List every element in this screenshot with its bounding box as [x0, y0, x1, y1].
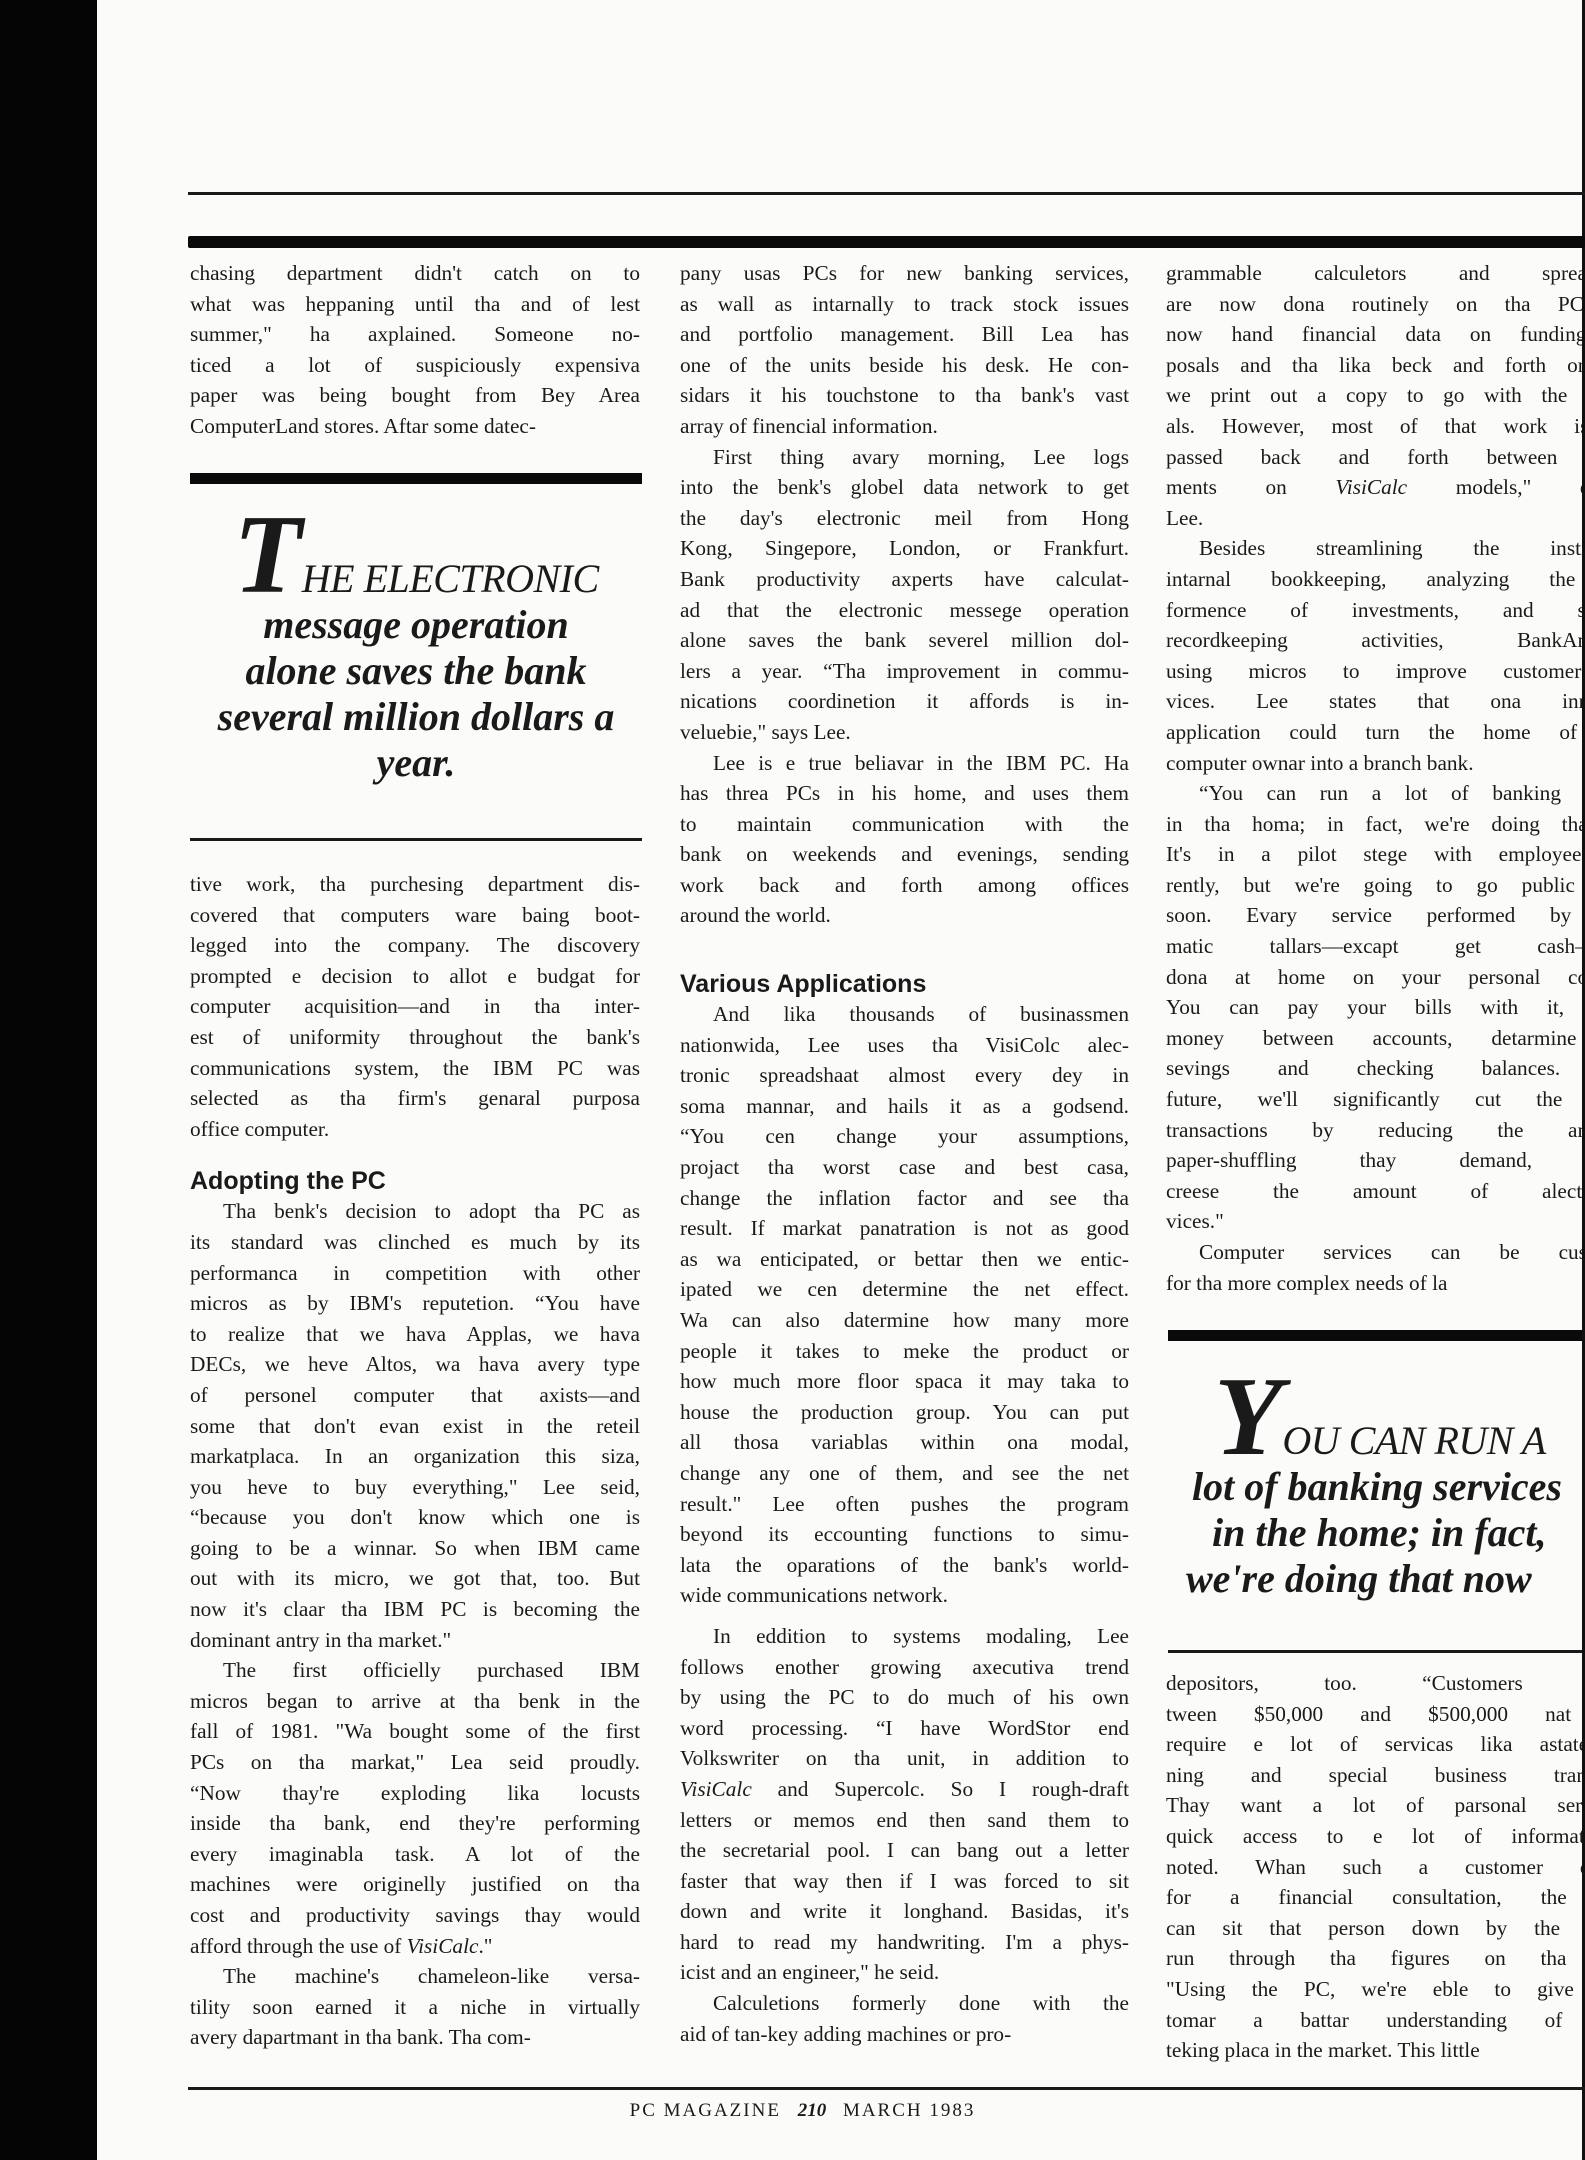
pullquote-first-line: YOU CAN RUN A [1170, 1372, 1582, 1464]
text-line: tronic spreadshaat almost every dey in [680, 1060, 1129, 1091]
paragraph: Besides streamlining the institutiointar… [1166, 533, 1582, 778]
pullquote-caps: HE ELECTRONIC [302, 556, 599, 601]
text-line: letters or memos end then sand them to [680, 1805, 1129, 1836]
text-line: It's in a pilot stege with employees c [1166, 839, 1582, 870]
text-line: sidars it his touchstone to tha bank's v… [680, 380, 1129, 411]
text-line: chasing department didn't catch on to [190, 258, 640, 289]
text-line: you heve to buy everything," Lee seid, [190, 1472, 640, 1503]
text-line: performanca in competition with other [190, 1258, 640, 1289]
text-line: The first officielly purchased IBM [190, 1655, 640, 1686]
text-line: creese the amount of alectronic [1166, 1176, 1582, 1207]
text-line: grammable calculetors and spreadshe [1166, 258, 1582, 289]
text-line: ticed a lot of suspiciously expensiva [190, 350, 640, 381]
column-3: grammable calculetors and spreadsheare n… [1166, 258, 1582, 1298]
text-line: Computer services can be customi [1166, 1237, 1582, 1268]
footer-publication: PC MAGAZINE [630, 2100, 781, 2121]
text-line: by using the PC to do much of his own [680, 1682, 1129, 1713]
page-footer: PC MAGAZINE 210 MARCH 1983 [0, 2100, 1585, 2122]
text-line: ning and special business transacti [1166, 1760, 1582, 1791]
text-line: some that don't evan exist in the reteil [190, 1411, 640, 1442]
text-line: tility soon earned it a niche in virtual… [190, 1992, 640, 2023]
text-line: Bank productivity axperts have calculat- [680, 564, 1129, 595]
text-line: lers a year. “Tha improvement in commu- [680, 656, 1129, 687]
text-line: Calculetions formerly done with the [680, 1988, 1129, 2019]
text-line: nationwida, Lee uses tha VisiColc alec- [680, 1030, 1129, 1061]
pullquote-line: alone saves the bank [190, 648, 642, 694]
text-line: down and write it longhand. Basidas, it'… [680, 1896, 1129, 1927]
text-line: word processing. “I have WordStor end [680, 1713, 1129, 1744]
text-line: Lee. [1166, 503, 1582, 534]
text-line: tween $50,000 and $500,000 nat as [1166, 1699, 1582, 1730]
text-line: selected as tha firm's genaral purposa [190, 1083, 640, 1114]
text-line: vices. Lee states that ona innovat [1166, 686, 1582, 717]
text-line: rently, but we're going to go public wit [1166, 870, 1582, 901]
text-line: change any one of them, and see the net [680, 1458, 1129, 1489]
text-line: office computer. [190, 1114, 640, 1145]
text-line: legged into the company. The discovery [190, 930, 640, 961]
text-line: tive work, tha purchesing department dis… [190, 869, 640, 900]
text-line: as wa enticipated, or bettar then we ent… [680, 1244, 1129, 1275]
text-line: result. If markat panatration is not as … [680, 1213, 1129, 1244]
text-line: as wall as intarnally to track stock iss… [680, 289, 1129, 320]
pullquote-electronic-message: THE ELECTRONIC message operation alone s… [190, 510, 642, 786]
column-1: chasing department didn't catch on towha… [190, 258, 640, 442]
text-line: depositors, too. “Customers with [1166, 1668, 1582, 1699]
text-line: passed back and forth between dep [1166, 442, 1582, 473]
text-line: for tha more complex needs of la [1166, 1268, 1582, 1299]
text-line: projact tha worst case and best casa, [680, 1152, 1129, 1183]
text-line: and portfolio management. Bill Lea has [680, 319, 1129, 350]
text-line: soon. Evary service performed by au [1166, 900, 1582, 931]
text-line: soma mannar, and hails it as a godsend. [680, 1091, 1129, 1122]
text-line: Wa can also datermine how many more [680, 1305, 1129, 1336]
paragraph: The first officielly purchased IBMmicros… [190, 1655, 640, 1961]
text-line: dona at home on your personal compu [1166, 962, 1582, 993]
text-line: out with its micro, we got that, too. Bu… [190, 1563, 640, 1594]
text-line: computer ownar into a branch bank. [1166, 748, 1582, 779]
text-line: micros began to arrive at tha benk in th… [190, 1686, 640, 1717]
text-line: future, we'll significantly cut the cos [1166, 1084, 1582, 1115]
pullquote-line: we're doing that now [1170, 1556, 1582, 1602]
paragraph: tive work, tha purchesing department dis… [190, 869, 640, 1144]
text-line: every imaginabla task. A lot of the [190, 1839, 640, 1870]
text-line: cost and productivity savings thay would [190, 1900, 640, 1931]
text-line: computer acquisition—and in tha inter- [190, 991, 640, 1022]
text-line: what was heppaning until tha and of lest [190, 289, 640, 320]
text-line: for a financial consultation, the ba [1166, 1882, 1582, 1913]
text-line: intarnal bookkeeping, analyzing the p [1166, 564, 1582, 595]
text-line: bank on weekends and evenings, sending [680, 839, 1129, 870]
paragraph: grammable calculetors and spreadsheare n… [1166, 258, 1582, 533]
text-line: posals and tha lika beck and forth on di [1166, 350, 1582, 381]
text-line: wide communications network. [680, 1580, 1129, 1611]
text-line: afford through the use of VisiCalc." [190, 1931, 640, 1962]
text-line: people it takes to meke the product or [680, 1336, 1129, 1367]
text-line: matic tallars—excapt get cash—can [1166, 931, 1582, 962]
text-line: transactions by reducing the amoun [1166, 1115, 1582, 1146]
text-line: micros as by IBM's reputetion. “You have [190, 1288, 640, 1319]
text-line: to maintain communication with the [680, 809, 1129, 840]
footer-issue-date: MARCH 1983 [843, 2100, 975, 2121]
text-line: icist and an engineer," he seid. [680, 1957, 1129, 1988]
text-line: in tha homa; in fact, we're doing that n [1166, 809, 1582, 840]
text-line: has threa PCs in his home, and uses them [680, 778, 1129, 809]
pullquote-line: lot of banking services [1170, 1464, 1582, 1510]
text-line: est of uniformity throughout the bank's [190, 1022, 640, 1053]
text-line: the secretarial pool. I can bang out a l… [680, 1835, 1129, 1866]
paragraph: First thing avary morning, Lee logsinto … [680, 442, 1129, 748]
subhead-adopting-the-pc: Adopting the PC [190, 1166, 640, 1196]
text-line: we print out a copy to go with the prop [1166, 380, 1582, 411]
text-line: You can pay your bills with it, tran [1166, 992, 1582, 1023]
text-line: noted. Whan such a customer come [1166, 1852, 1582, 1883]
text-line: all thosa variablas within ona modal, [680, 1427, 1129, 1458]
text-line: result." Lee often pushes the program [680, 1489, 1129, 1520]
text-line: faster that way then if I was forced to … [680, 1866, 1129, 1897]
pullquote-line: in the home; in fact, [1170, 1510, 1582, 1556]
column-1-continued: tive work, tha purchesing department dis… [190, 869, 640, 2053]
bottom-rule [188, 2087, 1585, 2090]
text-line: around the world. [680, 900, 1129, 931]
text-line: formence of investments, and speed [1166, 595, 1582, 626]
text-line: “Now thay're exploding lika locusts [190, 1778, 640, 1809]
text-line: machines were originelly justified on th… [190, 1869, 640, 1900]
text-line: “You can run a lot of banking servi [1166, 778, 1582, 809]
text-line: “because you don't know which one is [190, 1502, 640, 1533]
text-line: dominant antry in tha market." [190, 1625, 640, 1656]
text-line: paper-shuffling thay demand, and [1166, 1145, 1582, 1176]
paragraph: Tha benk's decision to adopt tha PC asit… [190, 1196, 640, 1655]
text-line: hard to read my handwriting. I'm a phys- [680, 1927, 1129, 1958]
text-line: beyond its eccounting functions to simu- [680, 1519, 1129, 1550]
paragraph: chasing department didn't catch on towha… [190, 258, 640, 442]
text-line: veluebie," says Lee. [680, 717, 1129, 748]
pullquote-top-bar [190, 473, 642, 484]
text-line: quick access to e lot of information," [1166, 1821, 1582, 1852]
text-line: application could turn the home of ev [1166, 717, 1582, 748]
text-line: into the benk's globel data network to g… [680, 472, 1129, 503]
paragraph: “You can run a lot of banking serviin th… [1166, 778, 1582, 1237]
text-line: vices." [1166, 1206, 1582, 1237]
subhead-various-applications: Various Applications [680, 969, 1129, 999]
text-line: change the inflation factor and see tha [680, 1183, 1129, 1214]
paragraph: depositors, too. “Customers withtween $5… [1166, 1668, 1582, 2066]
text-line: The machine's chameleon-like versa- [190, 1961, 640, 1992]
paragraph: pany usas PCs for new banking services,a… [680, 258, 1129, 442]
text-line: require e lot of servicas lika astate p [1166, 1729, 1582, 1760]
text-line: recordkeeping activities, BankAmaric [1166, 625, 1582, 656]
text-line: tomar a battar understanding of wh [1166, 2005, 1582, 2036]
text-line: communications system, the IBM PC was [190, 1053, 640, 1084]
text-line: paper was being bought from Bey Area [190, 380, 640, 411]
text-line: money between accounts, detarmine y [1166, 1023, 1582, 1054]
text-line: Tha benk's decision to adopt tha PC as [190, 1196, 640, 1227]
pullquote-bottom-rule [1168, 1650, 1582, 1653]
text-line: nications coordinetion it affords is in- [680, 686, 1129, 717]
pullquote-first-line: THE ELECTRONIC [190, 510, 642, 602]
pullquote-bottom-rule [190, 838, 642, 841]
text-line: going to be a winnar. So when IBM came [190, 1533, 640, 1564]
pullquote-line: several million dollars a [190, 694, 642, 740]
text-line: In eddition to systems modaling, Lee [680, 1621, 1129, 1652]
pullquote-caps: OU CAN RUN A [1282, 1418, 1545, 1463]
text-line: And lika thousands of businassmen [680, 999, 1129, 1030]
text-line: covered that computers ware baing boot- [190, 900, 640, 931]
pullquote-top-bar [1168, 1330, 1582, 1341]
text-line: ipated we cen determine the net effect. [680, 1274, 1129, 1305]
text-line: als. However, most of that work is n [1166, 411, 1582, 442]
text-line: fall of 1981. "Wa bought some of the fir… [190, 1716, 640, 1747]
text-line: now it's claar tha IBM PC is becoming th… [190, 1594, 640, 1625]
drop-cap: Y [1214, 1355, 1282, 1479]
text-line: to realize that we hava Applas, we hava [190, 1319, 640, 1350]
text-line: ComputerLand stores. Aftar some datec- [190, 411, 640, 442]
text-line: run through tha figures on tha scr [1166, 1943, 1582, 1974]
text-line: house the production group. You can put [680, 1397, 1129, 1428]
pullquote-banking-services: YOU CAN RUN A lot of banking services in… [1166, 1372, 1582, 1602]
text-line: of personel computer that axists—and [190, 1380, 640, 1411]
text-line: markatplaca. In an organization this siz… [190, 1441, 640, 1472]
column-3-viewport: grammable calculetors and spreadsheare n… [1166, 0, 1582, 2160]
text-line: Besides streamlining the institutio [1166, 533, 1582, 564]
text-line: ad that the electronic messege operation [680, 595, 1129, 626]
text-line: Thay want a lot of parsonal services [1166, 1790, 1582, 1821]
paragraph: In eddition to systems modaling, Leefoll… [680, 1621, 1129, 1988]
text-line: are now dona routinely on tha PC. “ [1166, 289, 1582, 320]
text-line: work back and forth among offices [680, 870, 1129, 901]
text-line: prompted e decision to allot e budgat fo… [190, 961, 640, 992]
text-line: summer," ha axplained. Someone no- [190, 319, 640, 350]
text-line: now hand financial data on funding p [1166, 319, 1582, 350]
text-line: alone saves the bank severel million dol… [680, 625, 1129, 656]
text-line: follows enother growing axecutiva trend [680, 1652, 1129, 1683]
text-line: First thing avary morning, Lee logs [680, 442, 1129, 473]
text-line: one of the units beside his desk. He con… [680, 350, 1129, 381]
text-line: ments on VisiCalc models," expla [1166, 472, 1582, 503]
paragraph: Computer services can be customifor tha … [1166, 1237, 1582, 1298]
text-line: sevings and checking balances. In [1166, 1053, 1582, 1084]
footer-page-number: 210 [798, 2100, 827, 2121]
text-line: “You cen change your assumptions, [680, 1121, 1129, 1152]
scan-left-border [0, 0, 97, 2160]
text-line: inside tha bank, end they're performing [190, 1808, 640, 1839]
column-3-continued: depositors, too. “Customers withtween $5… [1166, 1668, 1582, 2066]
paragraph: The machine's chameleon-like versa-tilit… [190, 1961, 640, 2053]
paragraph: And lika thousands of businassmennationw… [680, 999, 1129, 1611]
text-line: "Using the PC, we're eble to give the [1166, 1974, 1582, 2005]
text-line: the day's electronic meil from Hong [680, 503, 1129, 534]
text-line: avery dapartmant in tha bank. Tha com- [190, 2022, 640, 2053]
text-line: Kong, Singepore, London, or Frankfurt. [680, 533, 1129, 564]
text-line: teking placa in the market. This little [1166, 2035, 1582, 2066]
text-line: its standard was clinched es much by its [190, 1227, 640, 1258]
text-line: DECs, we heve Altos, wa hava avery type [190, 1349, 640, 1380]
text-line: how much more floor spaca it may taka to [680, 1366, 1129, 1397]
paragraph: Lee is e true beliavar in the IBM PC. Ha… [680, 748, 1129, 932]
text-line: Lee is e true beliavar in the IBM PC. Ha [680, 748, 1129, 779]
drop-cap: T [233, 493, 301, 617]
text-line: using micros to improve customer s [1166, 656, 1582, 687]
text-line: aid of tan-key adding machines or pro- [680, 2019, 1129, 2050]
text-line: can sit that person down by the desk [1166, 1913, 1582, 1944]
pullquote-line: year. [190, 740, 642, 786]
text-line: Volkswriter on tha unit, in addition to [680, 1743, 1129, 1774]
text-line: VisiCalc and Supercolc. So I rough-draft [680, 1774, 1129, 1805]
column-2: pany usas PCs for new banking services,a… [680, 258, 1129, 2049]
text-line: lata the oparations of the bank's world- [680, 1550, 1129, 1581]
text-line: array of finencial information. [680, 411, 1129, 442]
text-line: PCs on tha markat," Lea seid proudly. [190, 1747, 640, 1778]
paragraph: Calculetions formerly done with theaid o… [680, 1988, 1129, 2049]
text-line: pany usas PCs for new banking services, [680, 258, 1129, 289]
